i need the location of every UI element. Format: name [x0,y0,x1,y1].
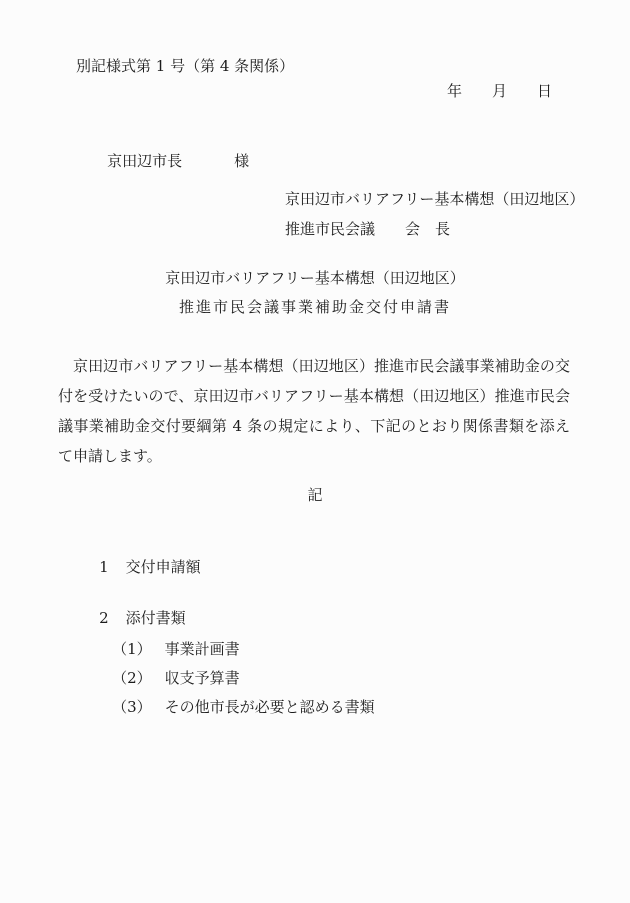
item-1-number: 1 [99,558,109,576]
list-item-1: 1交付申請額 [80,538,201,595]
document-title-line1: 京田辺市バリアフリー基本構想（田辺地区） [0,267,630,288]
addressee-honorific: 様 [234,150,249,171]
attachment-item-3: （3）その他市長が必要と認める書類 [93,678,375,735]
document-title-line2: 推進市民会議事業補助金交付申請書 [0,296,630,317]
sender-representative: 推進市民会議 会 長 [285,218,450,239]
form-number: 別記様式第 1 号（第 4 条関係） [76,55,294,76]
document-page: 別記様式第 1 号（第 4 条関係） 年 月 日 京田辺市長様 京田辺市バリアフ… [0,0,630,903]
attachment-3-label: その他市長が必要と認める書類 [165,698,375,716]
record-marker: 記 [0,484,630,505]
attachment-3-number: （3） [112,696,152,717]
date-line: 年 月 日 [447,80,552,101]
addressee-line: 京田辺市長様 [88,132,249,189]
sender-organization: 京田辺市バリアフリー基本構想（田辺地区） [285,188,584,209]
item-1-label: 交付申請額 [126,558,201,576]
addressee-name: 京田辺市長 [107,152,182,170]
body-paragraph: 京田辺市バリアフリー基本構想（田辺地区）推進市民会議事業補助金の交付を受けたいの… [58,351,570,471]
